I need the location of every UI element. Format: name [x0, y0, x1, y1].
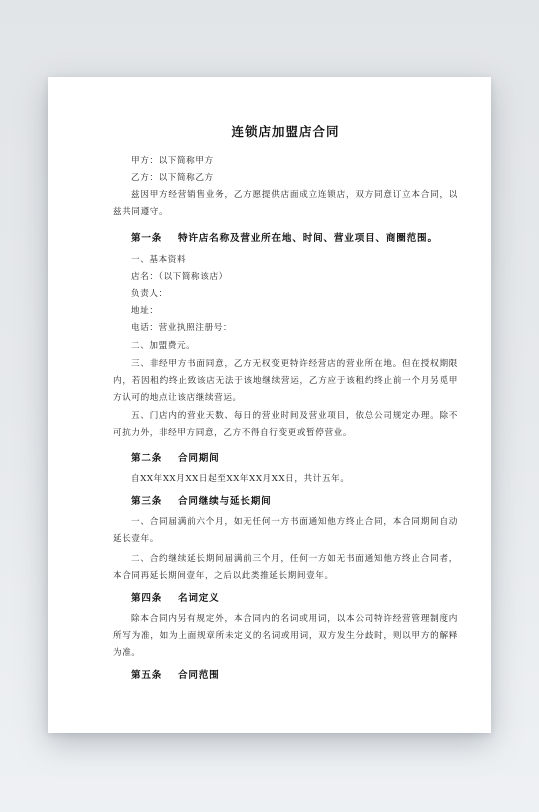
article-1-item-phone: 电话：营业执照注册号：	[113, 320, 458, 337]
article-2-text: 自XX年XX月XX日起至XX年XX月XX日，共计五年。	[113, 471, 458, 488]
article-3-item-extension: 二、合约继续延长期间届满前三个月，任何一方如无书面通知他方终止合同者，本合同再延…	[113, 551, 458, 585]
article-1-item-location-change: 三、非经甲方书面同意，乙方无权变更特许经营店的营业所在地。但在授权期限内，若因租…	[113, 356, 458, 408]
article-1-item-store-name: 店名：（以下简称该店）	[113, 269, 458, 286]
article-1-item-manager: 负责人：	[113, 286, 458, 303]
article-5-heading: 第五条合同范围	[131, 669, 220, 683]
article-5-title: 合同范围	[178, 670, 220, 681]
article-2-number: 第二条	[131, 452, 178, 466]
article-3-item-auto-renewal: 一、合同届满前六个月，如无任何一方书面通知他方终止合同，本合同期间自动延长壹年。	[113, 514, 458, 548]
article-1-heading: 第一条特许店名称及营业所在地、时间、营业项目、商圈范围。	[131, 232, 438, 246]
article-4-heading: 第四条名词定义	[131, 592, 220, 606]
article-2-title: 合同期间	[178, 453, 220, 464]
preamble-paragraph: 兹因甲方经营销售业务，乙方愿提供店面成立连锁店，双方同意订立本合同，以兹共同遵守…	[113, 187, 458, 221]
article-4-number: 第四条	[131, 592, 178, 606]
article-5-number: 第五条	[131, 669, 178, 683]
article-1-item-address: 地址：	[113, 303, 458, 320]
article-3-heading: 第三条合同继续与延长期间	[131, 495, 272, 509]
article-2-heading: 第二条合同期间	[131, 452, 220, 466]
article-1-item-fee: 二、加盟费元。	[113, 338, 458, 355]
article-1-number: 第一条	[131, 232, 178, 246]
article-3-number: 第三条	[131, 495, 178, 509]
article-1-item-business-hours: 五、门店内的营业天数、每日的营业时间及营业项目，依总公司规定办理。除不可抗力外，…	[113, 408, 458, 442]
party-a-line: 甲方：以下简称甲方	[113, 153, 458, 170]
article-4-title: 名词定义	[178, 593, 220, 604]
article-4-text: 除本合同内另有规定外，本合同内的名词或用词，以本公司特许经营管理制度内所写为准，…	[113, 611, 458, 663]
article-1-item-basic-info: 一、基本资料	[113, 252, 458, 269]
article-3-title: 合同继续与延长期间	[178, 496, 272, 507]
document-page: 连锁店加盟店合同 甲方：以下简称甲方 乙方：以下简称乙方 兹因甲方经营销售业务，…	[48, 77, 491, 733]
party-b-line: 乙方：以下简称乙方	[113, 170, 458, 187]
document-title: 连锁店加盟店合同	[113, 122, 458, 140]
article-1-title: 特许店名称及营业所在地、时间、营业项目、商圈范围。	[178, 233, 438, 244]
